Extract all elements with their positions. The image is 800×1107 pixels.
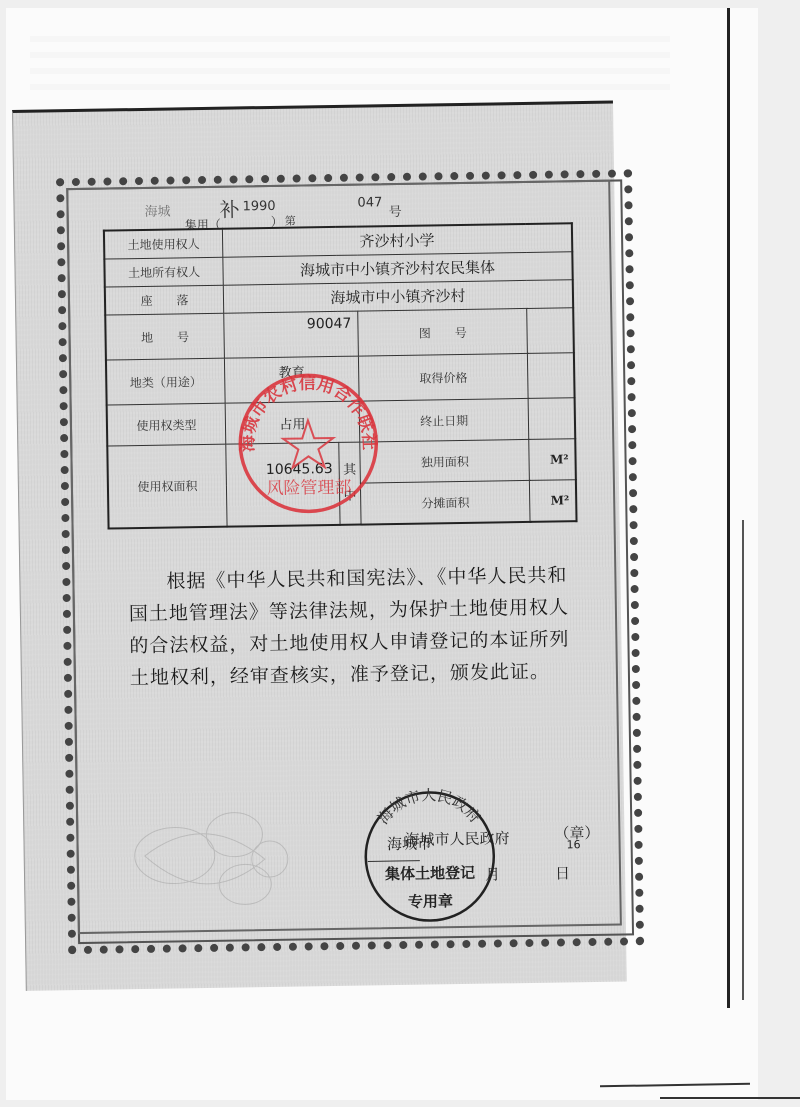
page-edge-line bbox=[660, 1097, 800, 1099]
svg-text:集体土地登记: 集体土地登记 bbox=[385, 864, 475, 883]
page-edge-line bbox=[727, 8, 730, 1008]
red-seal-stamp-icon: 海城市农村信用合作联社 风险管理部 bbox=[232, 367, 384, 519]
value-expiry-date bbox=[529, 398, 576, 440]
handwritten-supplement-mark: 补 bbox=[219, 193, 239, 222]
header-hao: 号 bbox=[388, 201, 401, 220]
svg-text:专用章: 专用章 bbox=[408, 892, 453, 911]
day-label: 日 bbox=[555, 862, 570, 883]
header-number: 047 bbox=[357, 195, 382, 210]
svg-text:风险管理部: 风险管理部 bbox=[266, 478, 351, 499]
value-parcel-number: 90047 bbox=[224, 311, 359, 358]
value-exclusive-area-unit: M² bbox=[529, 439, 576, 481]
table-row: 地 号 90047 图 号 bbox=[105, 308, 574, 360]
label-right-type: 使用权类型 bbox=[107, 403, 226, 446]
svg-text:海城市农村信用合作联社: 海城市农村信用合作联社 bbox=[236, 372, 380, 453]
value-map-number bbox=[527, 308, 574, 354]
value-shared-area-unit: M² bbox=[530, 480, 577, 522]
label-land-user: 土地使用权人 bbox=[104, 229, 223, 259]
label-land-owner: 土地所有权人 bbox=[104, 257, 223, 287]
svg-text:海城市: 海城市 bbox=[387, 834, 432, 853]
bleed-through-texture bbox=[30, 30, 670, 90]
legal-statement: 根据《中华人民共和国宪法》、《中华人民共和国土地管理法》等法律法规，为保护土地使… bbox=[128, 559, 570, 694]
flower-watermark-icon bbox=[114, 789, 296, 922]
header-city: 海城 bbox=[144, 201, 170, 220]
label-map-number: 图 号 bbox=[358, 308, 528, 356]
label-land-use: 地类（用途） bbox=[106, 358, 225, 405]
label-expiry-date: 终止日期 bbox=[359, 398, 529, 442]
page-edge-line bbox=[742, 520, 744, 1000]
land-certificate: 海城 集用（ 补 1990 ） 第 047 号 土地使用权人 齐沙村小学 土地所… bbox=[12, 101, 627, 991]
label-exclusive-area: 独用面积 bbox=[360, 439, 530, 483]
label-shared-area: 分摊面积 bbox=[360, 480, 530, 524]
label-location: 座 落 bbox=[105, 285, 224, 315]
value-acquisition-price bbox=[528, 353, 575, 399]
handwritten-day: 16 bbox=[567, 838, 581, 851]
label-acquisition-price: 取得价格 bbox=[358, 353, 528, 401]
label-parcel-number: 地 号 bbox=[105, 313, 224, 360]
government-seal-stamp-icon: 海城市人民政府 海城市 集体土地登记 专用章 bbox=[359, 785, 501, 927]
label-area: 使用权面积 bbox=[107, 444, 227, 528]
